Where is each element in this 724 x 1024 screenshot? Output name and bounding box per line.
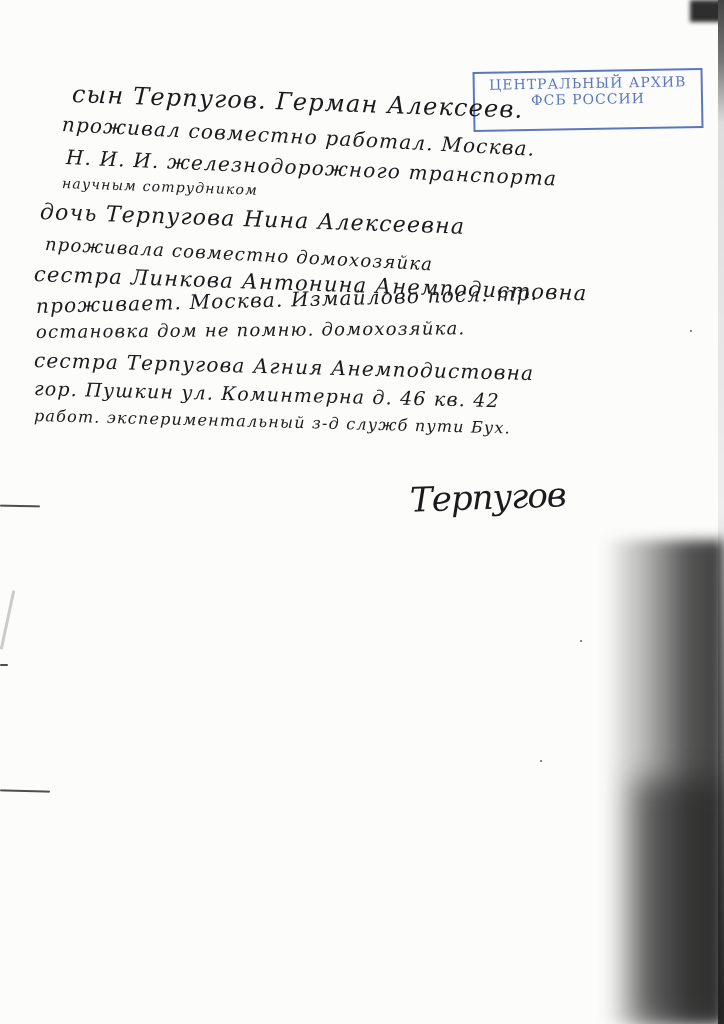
scan-dust bbox=[580, 640, 582, 642]
scanned-document-page: ЦЕНТРАЛЬНЫЙ АРХИВ ФСБ РОССИИ сын Терпуго… bbox=[0, 0, 724, 1024]
scan-shadow-dark bbox=[634, 780, 724, 1024]
scan-dust bbox=[690, 330, 692, 332]
handwritten-line: работ. экспериментальный з-д служб пути … bbox=[34, 406, 511, 437]
handwritten-line: остановка дом не помню. домохозяйка. bbox=[36, 318, 466, 343]
scan-mark bbox=[0, 789, 50, 792]
scan-mark bbox=[0, 664, 8, 666]
scan-mark bbox=[0, 505, 40, 508]
scan-dust bbox=[540, 760, 542, 762]
handwritten-line: научным сотрудником bbox=[62, 176, 258, 199]
handwritten-line: дочь Терпугова Нина Алексеевна bbox=[40, 200, 466, 240]
scan-mark bbox=[0, 590, 15, 649]
signature: Терпугов bbox=[409, 475, 566, 520]
